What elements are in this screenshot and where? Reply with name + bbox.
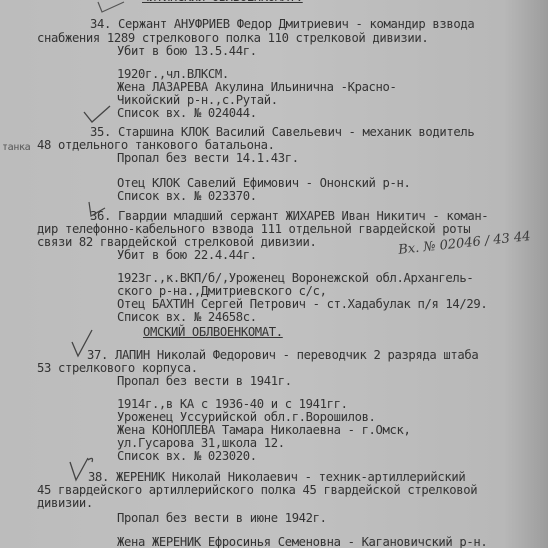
entry-38-line-5: Жена ЖЕРЕНИК Ефросинья Семеновна - Каган… [117,536,487,548]
entry-38-line-3: дивизии. [37,497,93,510]
section-heading-omsk: ОМСКИЙ ОБЛВОЕНКОМАТ. [143,326,283,339]
entry-34-line-3: Убит в бою 13.5.44г. [117,45,257,58]
entry-36-line-8: Список вх. № 24658с. [117,311,257,324]
top-heading: ЧИТИНСКИЙ ОБЛВОЕНКОМАТ. [142,0,303,4]
entry-35-margin-note: танка [2,141,30,154]
check-mark-icon [70,328,94,358]
entry-34-line-1: 34. Сержант АНУФРИЕВ Федор Дмитриевич - … [90,18,474,31]
document-page: ЧИТИНСКИЙ ОБЛВОЕНКОМАТ. 34. Сержант АНУФ… [0,0,548,548]
entry-36-line-4: Убит в бою 22.4.44г. [117,249,257,262]
entry-35-line-3: Пропал без вести 14.1.43г. [117,152,299,165]
entry-38-line-2: 45 гвардейского артиллерийского полка 45… [37,484,477,497]
check-mark-icon [82,104,112,124]
entry-34-line-7: Список вх. № 024044. [117,107,257,120]
entry-37-line-3: Пропал без вести в 1941г. [117,375,292,388]
check-mark-icon [96,0,126,14]
entry-35-line-5: Список вх. № 023370. [117,190,257,203]
entry-38-line-4: Пропал без вести в июне 1942г. [117,512,327,525]
entry-37-line-8: Список вх. № 023020. [117,450,257,463]
check-mark-icon [87,200,107,220]
check-mark-icon [68,456,98,484]
